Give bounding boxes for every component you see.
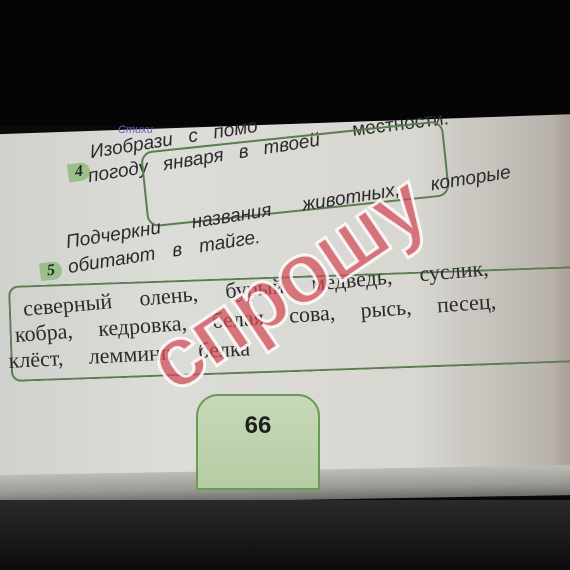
dark-background-top — [0, 0, 570, 126]
page-number: 66 — [198, 412, 318, 440]
page-number-tab: 66 — [196, 394, 320, 490]
dark-background-bottom — [0, 500, 570, 570]
